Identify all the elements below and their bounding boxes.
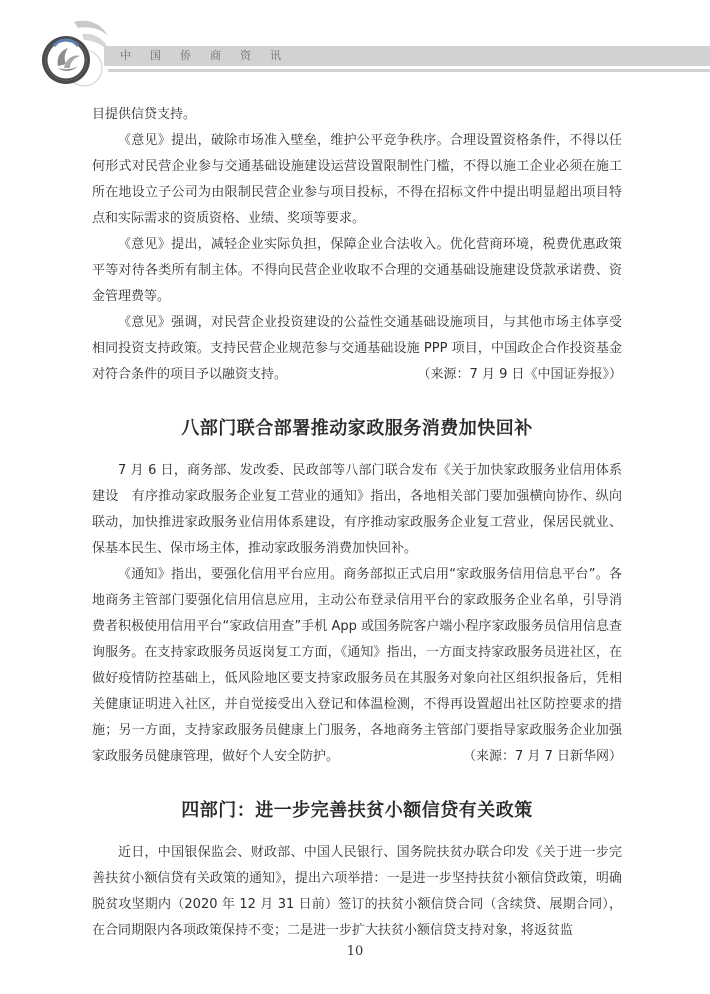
paragraph-with-source: 《通知》指出，要强化信用平台应用。商务部拟正式启用“家政服务信用信息平台”。各地… <box>92 562 622 770</box>
paragraph-with-source: 《意见》强调，对民营企业投资建设的公益性交通基础设施项目，与其他市场主体享受相同… <box>92 310 622 388</box>
paragraph: 目提供信贷支持。 <box>92 102 622 128</box>
source-citation: （来源：7 月 7 日新华网） <box>437 744 622 770</box>
page-number: 10 <box>0 944 710 959</box>
paragraph: 《意见》提出，减轻企业实际负担，保障企业合法收入。优化营商环境，税费优惠政策平等… <box>92 232 622 310</box>
paragraph: 近日，中国银保监会、财政部、中国人民银行、国务院扶贫办联合印发《关于进一步完善扶… <box>92 840 622 944</box>
paragraph: 《意见》提出，破除市场准入壁垒，维护公平竞争秩序。合理设置资格条件，不得以任何形… <box>92 128 622 232</box>
page-header: 中国侨商资讯 <box>0 0 710 90</box>
article-body: 目提供信贷支持。 《意见》提出，破除市场准入壁垒，维护公平竞争秩序。合理设置资格… <box>92 102 622 944</box>
section-title: 四部门：进一步完善扶贫小额信贷有关政策 <box>92 796 622 826</box>
source-citation: （来源：7 月 9 日《中国证券报》） <box>392 362 622 388</box>
section-title: 八部门联合部署推动家政服务消费加快回补 <box>92 414 622 444</box>
header-divider <box>108 69 710 72</box>
paragraph-text: 《通知》指出，要强化信用平台应用。商务部拟正式启用“家政服务信用信息平台”。各地… <box>92 567 622 764</box>
publication-title: 中国侨商资讯 <box>120 47 300 65</box>
paragraph: 7 月 6 日，商务部、发改委、民政部等八部门联合发布《关于加快家政服务业信用体… <box>92 458 622 562</box>
